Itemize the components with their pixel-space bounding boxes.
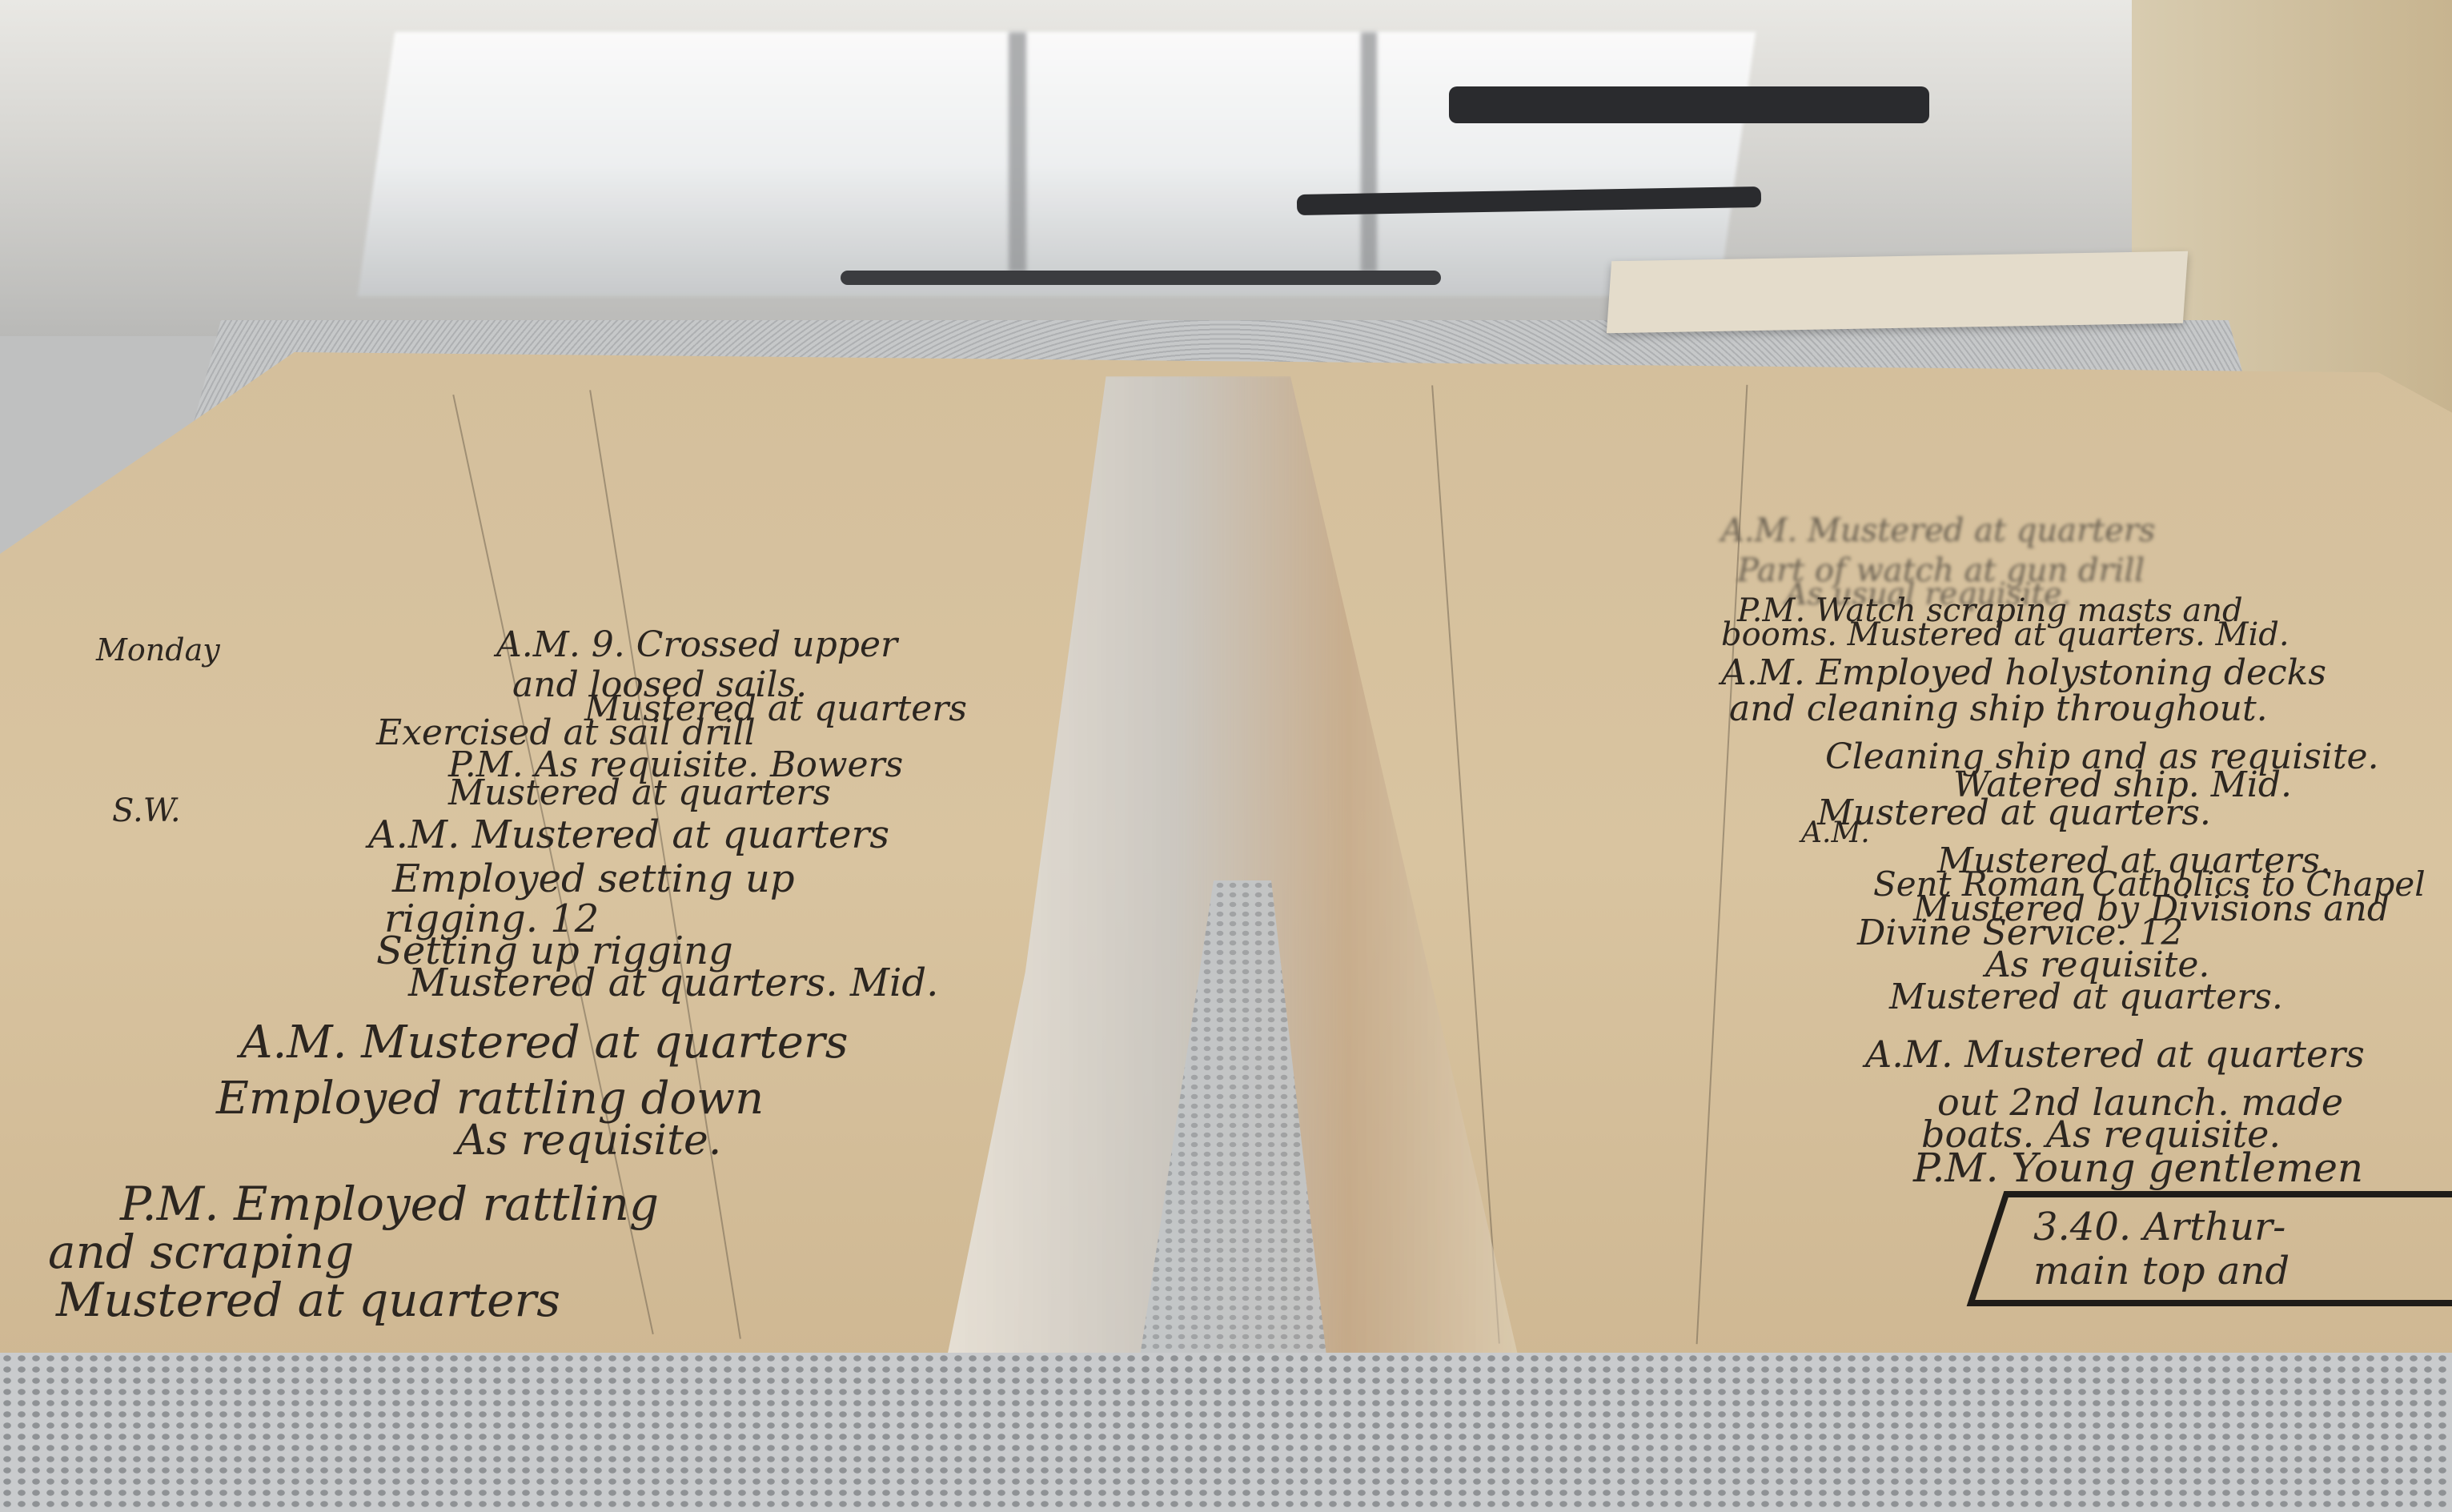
log-line: and scraping: [48, 1225, 354, 1279]
blotter-card: [1607, 251, 2188, 334]
log-line: Employed setting up: [392, 856, 795, 901]
log-line: booms. Mustered at quarters. Mid.: [1721, 616, 2289, 653]
table-mesh: [0, 1353, 2452, 1512]
log-line: A.M.: [1801, 816, 1870, 849]
log-line: and cleaning ship throughout.: [1729, 688, 2268, 729]
log-line: Mustered at quarters: [448, 772, 831, 813]
day-label: Monday: [96, 632, 220, 668]
log-line: A.M. Mustered at quarters: [1865, 1033, 2365, 1076]
log-line: A.M. Mustered at quarters: [368, 812, 889, 857]
spatula-tool: [1449, 86, 1929, 123]
window-reflection: [358, 32, 1756, 296]
log-line: Mustered at quarters.: [1889, 977, 2283, 1017]
photo-scene: Monday A.M. 9. Crossed upper and loosed …: [0, 0, 2452, 1512]
log-line: P.M. Young gentlemen: [1913, 1145, 2363, 1191]
log-line: A.M. 9. Crossed upper: [496, 624, 897, 665]
boxed-note-line: main top and: [2033, 1249, 2289, 1293]
log-line: Mustered at quarters. Mid.: [408, 961, 938, 1005]
log-line: As requisite.: [456, 1117, 721, 1165]
log-line: Mustered at quarters: [56, 1273, 560, 1327]
window-frame: [1361, 32, 1377, 272]
log-line: A.M. Mustered at quarters: [1721, 512, 2155, 549]
window-frame: [1009, 32, 1026, 272]
log-line: P.M. Employed rattling: [120, 1177, 659, 1231]
wind-label: S.W.: [112, 792, 181, 829]
spatula-tool: [841, 271, 1441, 285]
boxed-note-line: 3.40. Arthur-: [2033, 1205, 2285, 1249]
log-line: A.M. Employed holystoning decks: [1721, 652, 2326, 693]
log-line: A.M. Mustered at quarters: [240, 1017, 848, 1069]
log-line: Mustered at quarters.: [1817, 792, 2211, 833]
